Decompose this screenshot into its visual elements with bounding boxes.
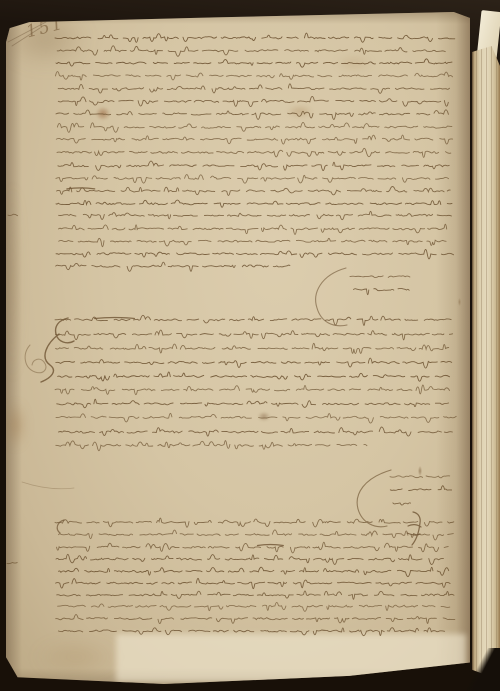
margin-mark-1 (8, 214, 18, 216)
script-line (57, 542, 449, 553)
script-line (55, 33, 455, 42)
script-line (56, 358, 452, 368)
chancery-note-1 (350, 276, 410, 295)
script-line (58, 427, 452, 436)
script-line (56, 59, 452, 67)
script-line (56, 135, 452, 144)
script-line (55, 315, 451, 325)
script-line (7, 563, 17, 564)
script-line (56, 330, 453, 340)
script-line (59, 530, 454, 540)
strikethrough-mark (258, 545, 284, 546)
chancery-note-2 (390, 476, 452, 505)
script-line (55, 518, 454, 527)
chancery-bracket-2 (357, 470, 391, 527)
script-line (56, 249, 454, 258)
script-line (57, 46, 445, 56)
script-line (58, 161, 449, 171)
script-line (56, 554, 443, 564)
margin-faint-line (22, 482, 74, 489)
script-line (56, 200, 452, 207)
script-line (56, 72, 453, 80)
script-line (59, 211, 452, 219)
script-line (55, 385, 449, 395)
script-line (58, 628, 444, 636)
strikethrough-mark (95, 318, 135, 319)
script-line (56, 413, 456, 423)
script-line (58, 602, 450, 611)
script-line (56, 441, 367, 451)
decorative-flourishes (8, 22, 421, 545)
script-line (59, 238, 446, 246)
script-line (59, 567, 449, 576)
script-line (393, 503, 411, 505)
script-line (57, 591, 454, 599)
script-line (58, 96, 448, 106)
script-line (57, 148, 451, 157)
handwriting-layer (6, 12, 470, 684)
margin-mark-2 (7, 563, 17, 564)
script-line (56, 110, 448, 120)
margin-swirl (25, 345, 46, 373)
script-line (56, 262, 290, 271)
entry-3-text-block (55, 518, 455, 636)
bottom-right-shadow (462, 648, 500, 691)
manuscript-page: 151 (6, 12, 470, 684)
script-line (58, 372, 450, 381)
script-line (56, 615, 455, 624)
initial-flourish-entry-2 (41, 318, 74, 382)
entry-2-text-block (55, 315, 456, 450)
script-line (8, 214, 18, 216)
chancery-bracket-1 (316, 268, 347, 326)
script-line (59, 224, 447, 234)
script-line (354, 288, 410, 294)
entry-1-text-block (55, 33, 455, 271)
script-line (56, 578, 451, 588)
script-line (58, 84, 449, 94)
script-line (390, 486, 451, 491)
notarial-paraph (407, 512, 421, 545)
book-fore-edge (472, 46, 500, 676)
generated-script-root (7, 33, 456, 636)
script-line (350, 276, 410, 278)
script-line (57, 399, 449, 408)
script-line (390, 476, 450, 478)
script-line (57, 186, 451, 195)
script-line (56, 343, 449, 353)
script-line (57, 122, 452, 132)
script-line (56, 175, 449, 184)
